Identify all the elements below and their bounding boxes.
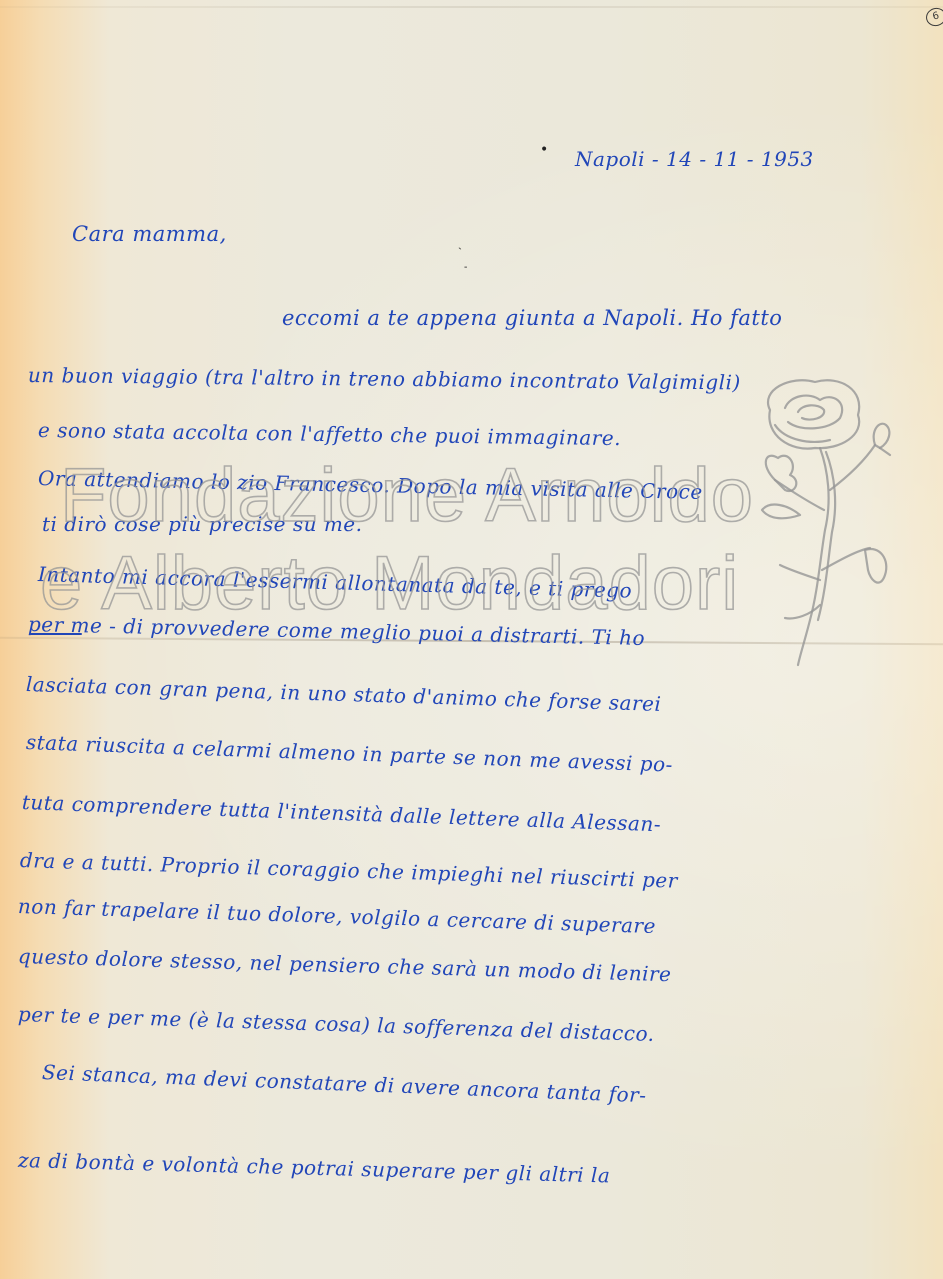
ink-mark: ˎ <box>458 236 462 251</box>
letter-line: eccomi a te appena giunta a Napoli. Ho f… <box>282 306 782 330</box>
ink-dot: • <box>540 142 548 158</box>
letter-salutation: Cara mamma, <box>72 222 227 246</box>
letter-line: ti dirò cose più precise su me. <box>42 512 363 536</box>
ink-mark: - <box>464 262 467 273</box>
underline-per-me <box>30 633 82 635</box>
letter-date: Napoli - 14 - 11 - 1953 <box>575 147 814 171</box>
paper-fold <box>0 6 943 8</box>
